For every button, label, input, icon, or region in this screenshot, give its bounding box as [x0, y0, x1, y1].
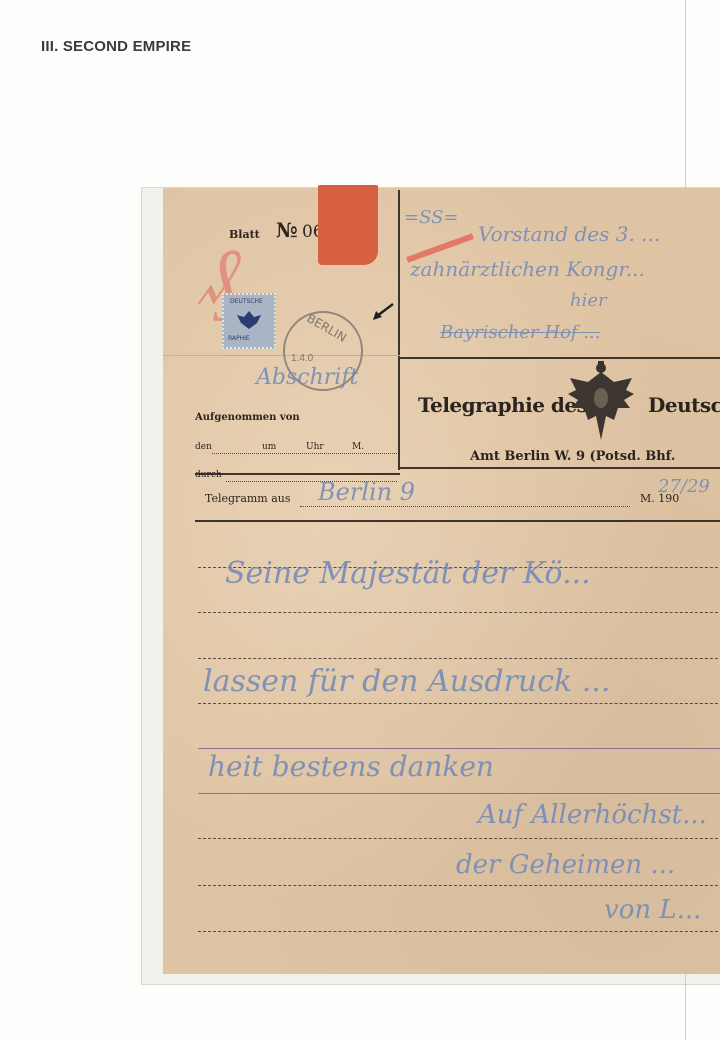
message-line-2: lassen für den Ausdruck ...	[203, 664, 610, 699]
postmark-date: 1.4.0	[291, 353, 313, 364]
telegraph-stamp: DEUTSCHE RAPHIE	[222, 293, 276, 349]
pointer-arrow-icon	[371, 302, 395, 322]
header-top-rule	[400, 357, 720, 359]
address-line-3: hier	[570, 290, 607, 311]
message-line-1: Seine Majestät der Kö...	[225, 556, 591, 591]
fold-line	[163, 355, 400, 356]
durch-label: durch	[195, 470, 222, 480]
red-label-seal	[318, 185, 378, 265]
message-line	[198, 658, 720, 659]
abschrift-note: Abschrift	[256, 365, 358, 390]
message-line	[198, 748, 720, 749]
address-line-1: Vorstand des 3. ...	[478, 222, 660, 246]
message-line	[198, 931, 720, 932]
signature-line-1: Auf Allerhöchst...	[478, 800, 707, 830]
message-line	[198, 612, 720, 613]
date-fraction: 27/29	[658, 476, 710, 497]
title-left: Telegraphie des	[418, 393, 587, 417]
address-line-2: zahnärztlichen Kongr...	[410, 257, 645, 281]
m-label: M.	[352, 442, 364, 452]
corner-mark: =SS=	[404, 207, 459, 228]
aufgenommen-bottom-rule	[195, 473, 400, 475]
um-label: um	[262, 442, 276, 452]
number-sign: №	[276, 218, 298, 242]
signature-line-2: der Geheimen ...	[456, 850, 675, 880]
form-divider-vertical	[398, 190, 400, 470]
message-line	[198, 885, 720, 886]
from-place: Berlin 9	[318, 478, 415, 506]
section-heading: III. SECOND EMPIRE	[41, 38, 191, 55]
title-right: Deutschen	[648, 393, 720, 417]
aufgenommen-label: Aufgenommen von	[195, 412, 300, 423]
imperial-eagle-icon	[566, 360, 636, 444]
stamp-eagle-icon	[236, 309, 262, 331]
message-line-3: heit bestens danken	[208, 750, 494, 783]
signature-line-3: von L...	[604, 895, 701, 925]
message-line	[198, 703, 720, 704]
message-line	[198, 793, 720, 794]
telegramm-aus-label: Telegramm aus	[205, 492, 291, 505]
message-line	[198, 838, 720, 839]
stamp-text-top: DEUTSCHE	[230, 298, 263, 305]
telegramm-aus-field-line	[300, 506, 630, 507]
telegramm-aus-bottom-rule	[195, 520, 720, 522]
uhr-label: Uhr	[306, 442, 324, 452]
stamp-text-bottom: RAPHIE	[228, 335, 250, 342]
den-field-line	[212, 453, 397, 454]
office-name: Amt Berlin W. 9 (Potsd. Bhf.	[470, 449, 675, 464]
header-bottom-rule	[400, 467, 720, 469]
den-label: den	[195, 442, 212, 452]
address-line-4-struck: Bayrischer Hof ...	[440, 322, 600, 343]
postmark-city: BERLIN	[304, 311, 349, 345]
